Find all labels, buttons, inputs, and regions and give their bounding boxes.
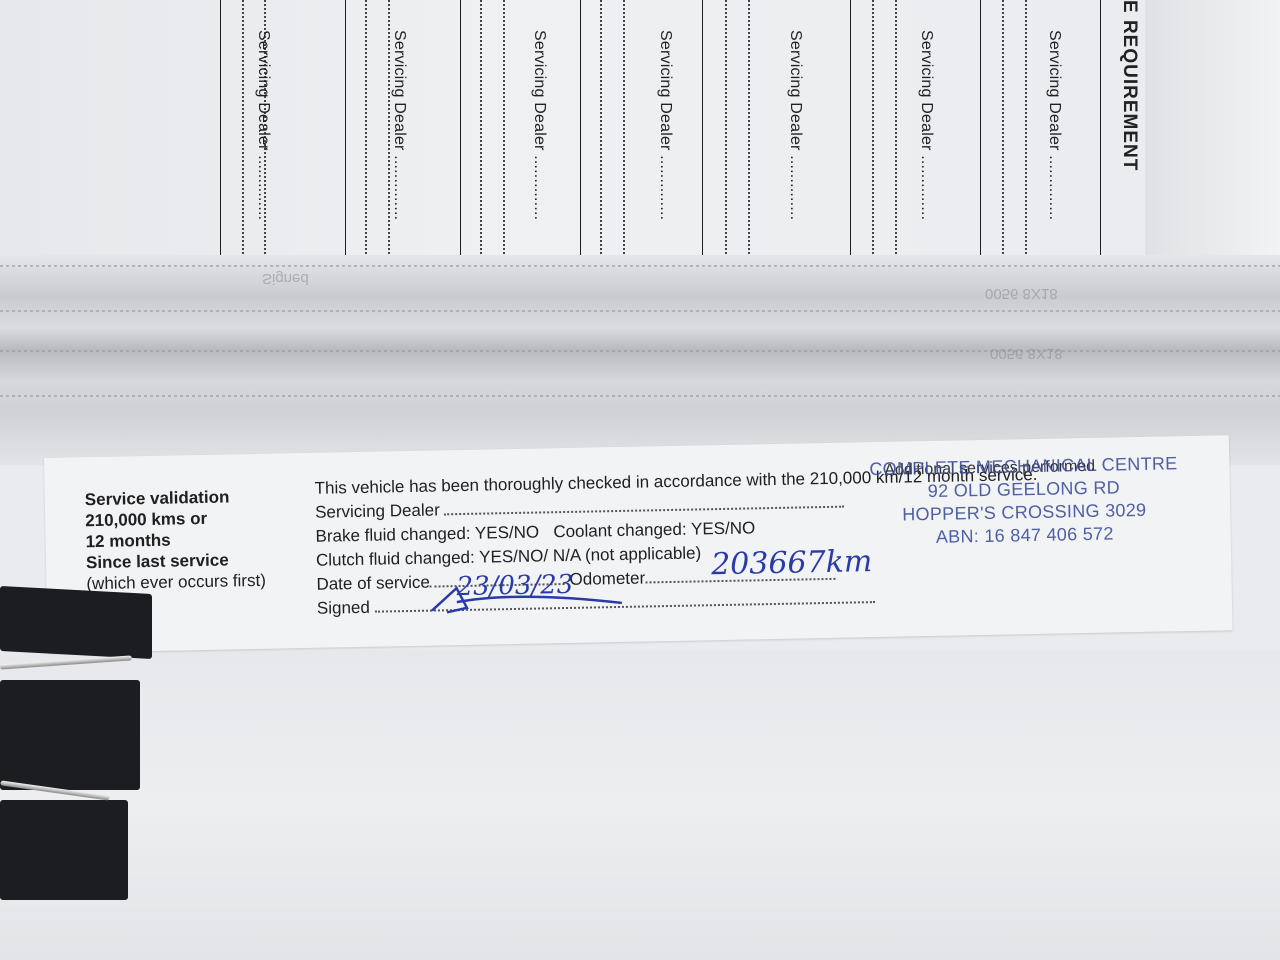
signature-scribble: [426, 577, 627, 621]
service-columns: Servicing Dealer .............. Servicin…: [220, 0, 1160, 275]
page-heading: E REQUIREMENT: [1118, 0, 1140, 171]
page-stack: Signed 0056 8X18 0056 8X18: [0, 255, 1280, 465]
dealer-stamp: COMPLETE MECHANICAL CENTRE 92 OLD GEELON…: [869, 452, 1179, 550]
ghost-text: 0056 8X18: [985, 285, 1058, 302]
service-validation-strip: Service validation 210,000 kms or 12 mon…: [44, 435, 1233, 653]
coolant-field[interactable]: Coolant changed: YES/NO: [553, 518, 755, 541]
brake-fluid-field[interactable]: Brake fluid changed: YES/NO: [315, 523, 539, 546]
upper-logbook-page: Servicing Dealer .............. Servicin…: [0, 0, 1280, 290]
handwritten-odometer: 203667km: [711, 544, 873, 582]
servicing-dealer-label: Servicing Dealer ..............: [254, 30, 272, 220]
servicing-dealer-label: Servicing Dealer ..............: [530, 30, 548, 220]
servicing-dealer-label: Servicing Dealer ..............: [1045, 30, 1063, 220]
ghost-text: 0056 8X18: [990, 345, 1063, 362]
servicing-dealer-label: Servicing Dealer ..............: [656, 30, 674, 220]
servicing-dealer-label: Servicing Dealer ..............: [917, 30, 935, 220]
lower-page: [0, 650, 1280, 960]
servicing-dealer-label: Servicing Dealer ..............: [786, 30, 804, 220]
validation-label: Service validation 210,000 kms or 12 mon…: [85, 486, 266, 594]
ghost-text: Signed: [262, 270, 309, 287]
date-of-service-field[interactable]: Date of service: [316, 573, 430, 594]
servicing-dealer-label: Servicing Dealer ..............: [390, 30, 408, 220]
